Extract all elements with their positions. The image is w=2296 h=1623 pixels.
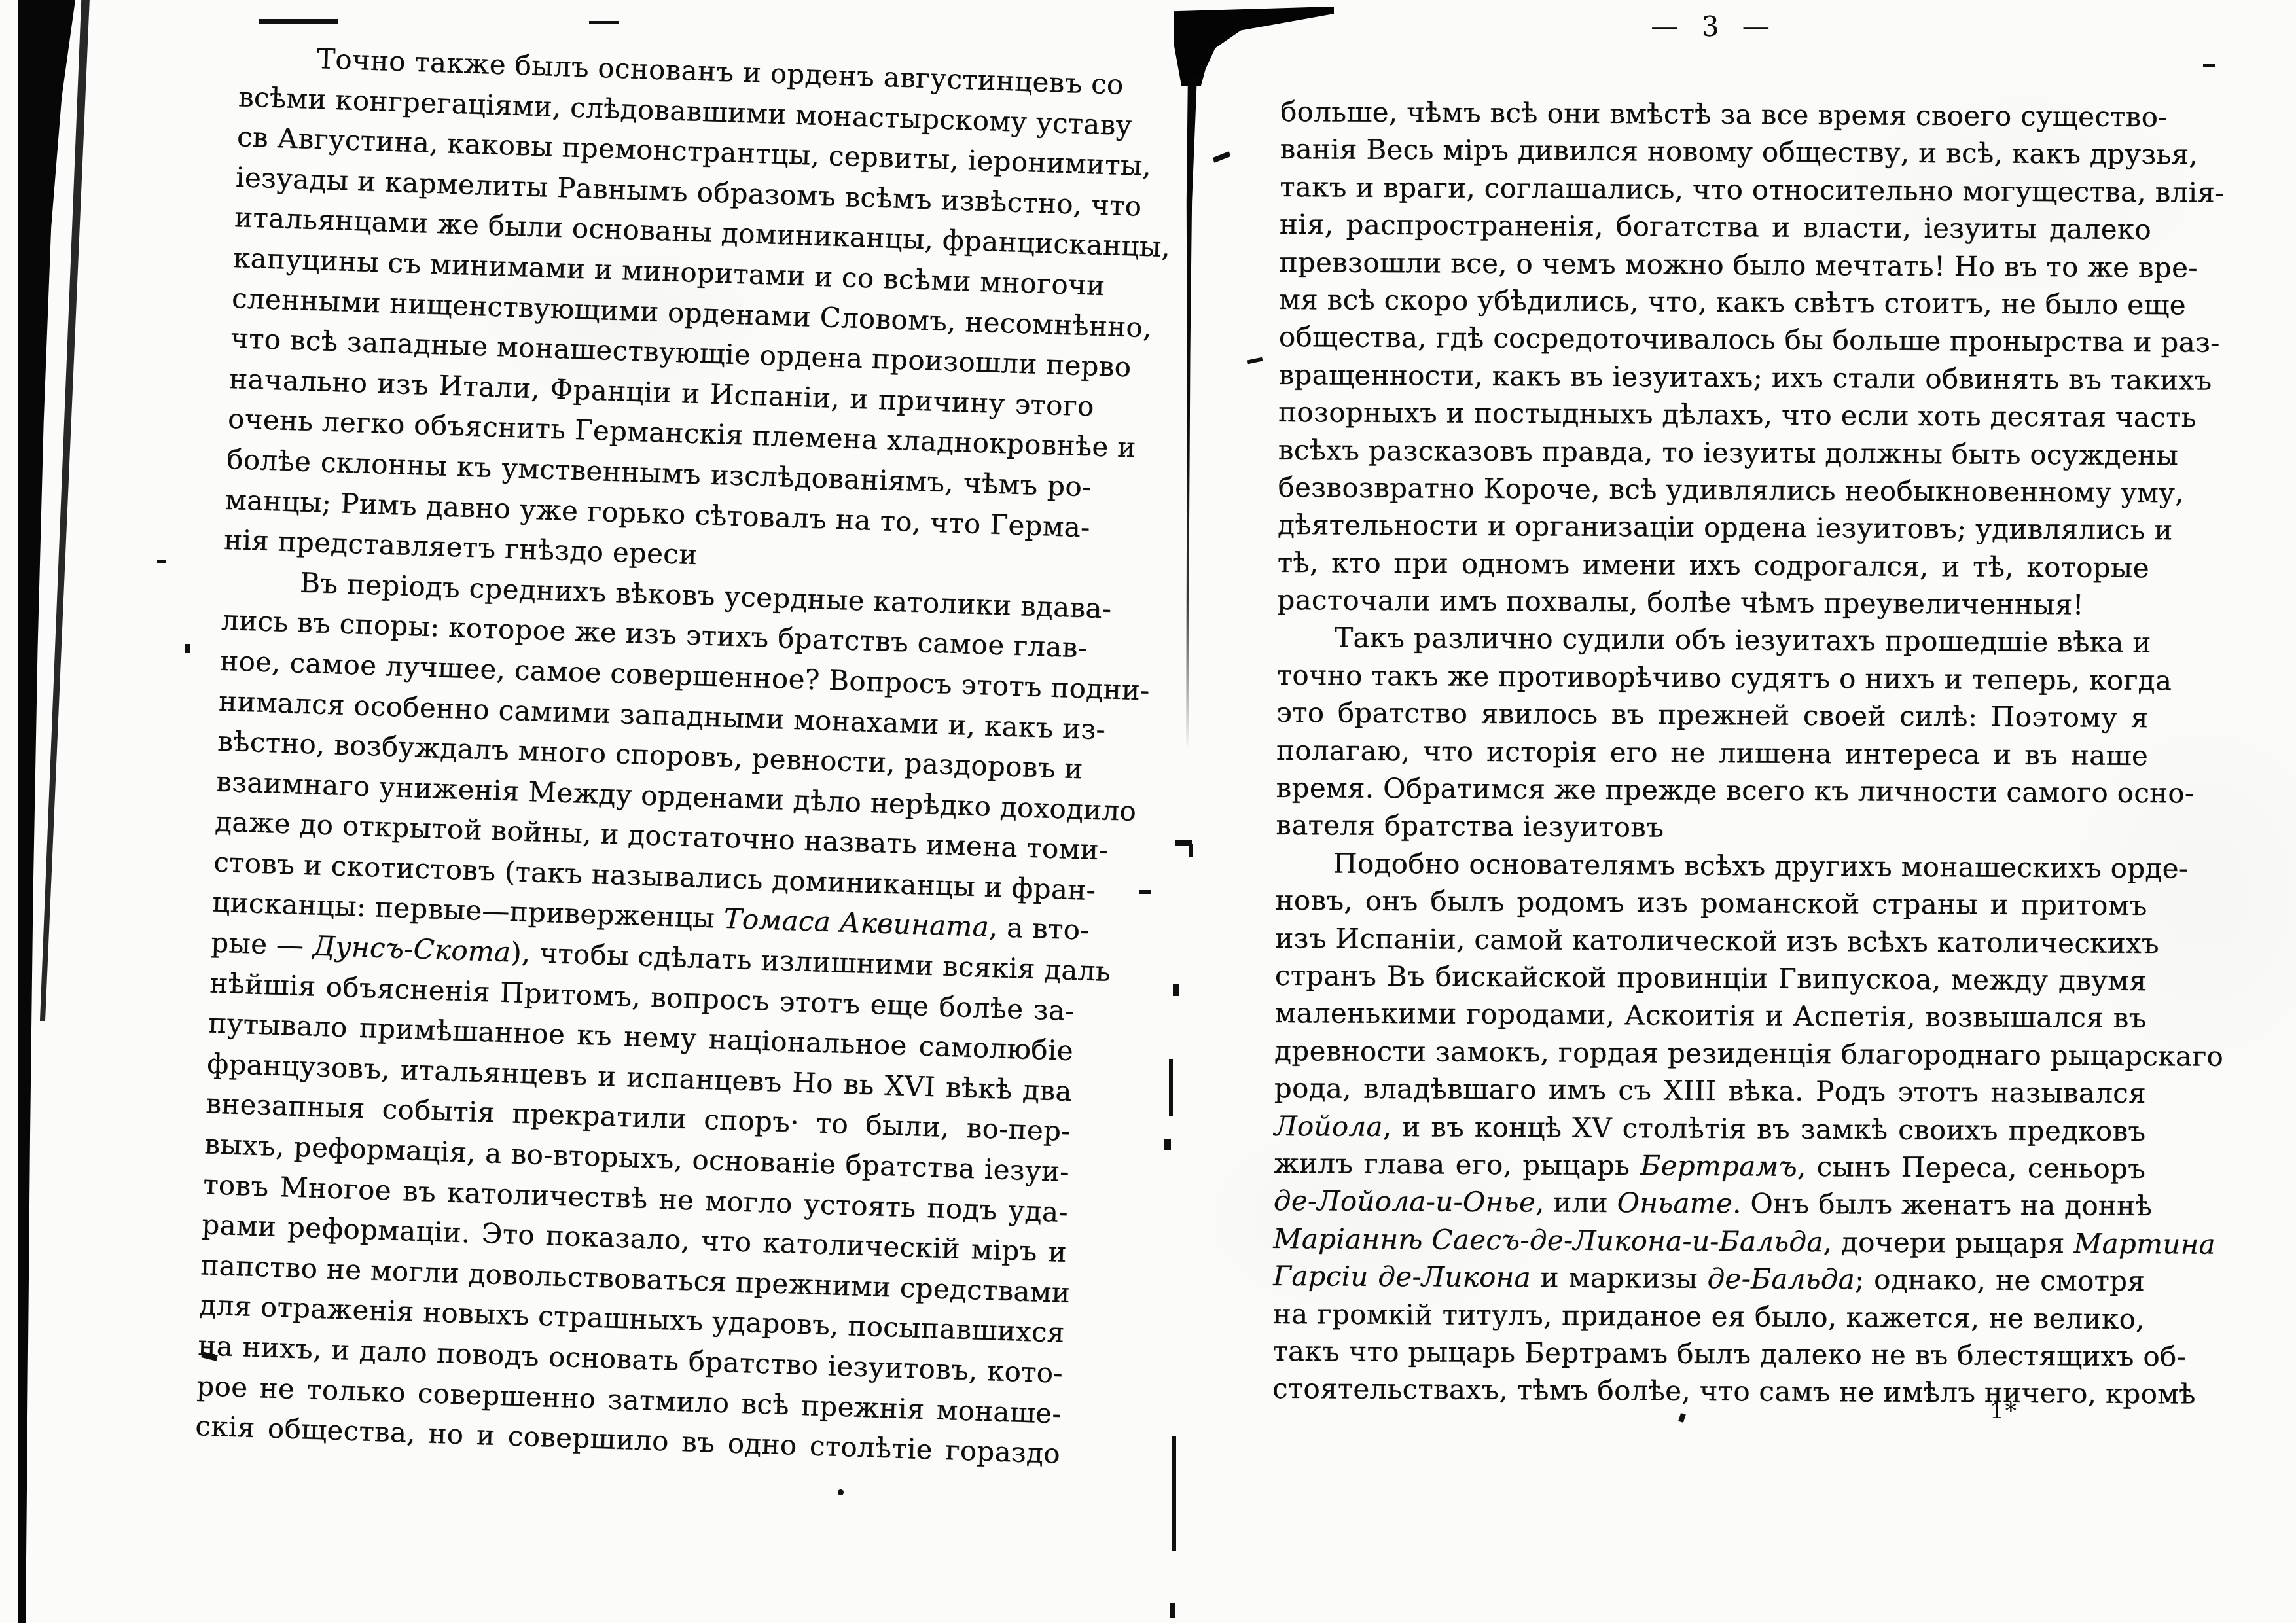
ink-speck <box>838 1489 844 1495</box>
text-line: Такъ различно судили объ іезуитахъ проше… <box>1277 618 2149 662</box>
text-line: превзошли все, о чемъ можно было мечтать… <box>1279 243 2151 287</box>
text-line: время. Обратимся же прежде всего къ личн… <box>1276 769 2147 812</box>
text-line: вателя братства іезуитовъ <box>1276 806 2147 849</box>
text-line: такъ и враги, соглашались, что относител… <box>1280 168 2151 211</box>
text-line: новъ, онъ былъ родомъ изъ романской стра… <box>1275 882 2147 925</box>
page-number: — 3 — <box>1276 10 2148 43</box>
ink-speck <box>1173 984 1179 996</box>
text-line: дѣятельности и организаціи ордена іезуит… <box>1278 506 2149 549</box>
ink-speck <box>589 21 619 24</box>
ink-speck <box>185 644 190 653</box>
text-line: это братство явилось въ прежней своей си… <box>1276 694 2148 737</box>
ink-speck <box>1164 1139 1171 1150</box>
text-line: рода, владѣвшаго имъ съ XIII вѣка. Родъ … <box>1274 1069 2146 1113</box>
text-line: тѣ, кто при одномъ имени ихъ содрогался,… <box>1278 544 2149 587</box>
ink-speck <box>259 19 338 24</box>
text-line: точно такъ же противорѣчиво судятъ о них… <box>1277 656 2149 700</box>
text-line: расточали имъ похвалы, болѣе чѣмъ преуве… <box>1277 581 2149 624</box>
text-line: Маріаннѣ Саесъ-де-Ликона-и-Бальда, дочер… <box>1273 1220 2145 1263</box>
book-scan: — 3 — Точно также былъ основанъ и орденъ… <box>0 0 2296 1623</box>
ink-speck <box>1678 1413 1686 1423</box>
text-line: всѣхъ разсказовъ правда, то іезуиты долж… <box>1278 431 2150 474</box>
text-line: на громкій титулъ, приданое ея было, каж… <box>1273 1294 2145 1338</box>
ink-speck <box>157 560 166 563</box>
ink-speck <box>1189 844 1193 857</box>
text-line: мя всѣ скоро убѣдились, что, какъ свѣтъ … <box>1279 281 2151 324</box>
text-line: жилъ глава его, рыцарь Бертрамъ, сынъ Пе… <box>1274 1145 2145 1188</box>
ink-speck <box>1139 890 1151 894</box>
right-page-text: больше, чѣмъ всѣ они вмѣстѣ за все время… <box>1272 93 2152 1413</box>
text-line: больше, чѣмъ всѣ они вмѣстѣ за все время… <box>1280 93 2152 136</box>
text-line: маленькими городами, Аскоитія и Аспетія,… <box>1274 994 2146 1037</box>
ink-speck <box>1247 357 1263 365</box>
gutter-shadow-line <box>1181 77 1198 771</box>
text-line: изъ Испаніи, самой католической изъ всѣх… <box>1275 919 2147 963</box>
ink-speck <box>2203 64 2215 67</box>
left-page-text: Точно также былъ основанъ и орденъ авгус… <box>195 36 1105 1474</box>
text-line: такъ что рыцарь Бертрамъ былъ далеко не … <box>1272 1332 2144 1376</box>
text-line: вращенности, какъ въ іезуитахъ; ихъ стал… <box>1278 356 2150 399</box>
text-line: странъ Въ бискайской провинціи Гвипускоа… <box>1275 957 2147 1000</box>
text-line: Гарсіи де-Ликона и маркизы де-Бальда; од… <box>1273 1257 2145 1300</box>
text-line: Подобно основателямъ всѣхъ другихъ монаш… <box>1276 844 2147 887</box>
text-line: ванія Весь міръ дивился новому обществу,… <box>1280 130 2151 173</box>
signature-mark: 1* <box>1990 1398 2018 1424</box>
text-line: позорныхъ и постыдныхъ дѣлахъ, что если … <box>1278 393 2150 437</box>
text-line: Лойола, и въ концѣ XV столѣтія въ замкѣ … <box>1274 1107 2145 1150</box>
text-line: общества, гдѣ сосредоточивалось бы больш… <box>1279 318 2151 361</box>
text-line: нія, распространенія, богатства и власти… <box>1280 205 2151 249</box>
text-line: де-Лойола-и-Онье, или Оньате. Онъ былъ ж… <box>1274 1182 2145 1225</box>
text-line: древности замокъ, гордая резиденція благ… <box>1274 1032 2146 1075</box>
ink-speck <box>1172 1436 1176 1551</box>
ink-speck <box>1170 1603 1175 1618</box>
text-line: полагаю, что исторія его не лишена интер… <box>1276 732 2148 775</box>
ink-speck <box>1212 151 1230 163</box>
text-line: безвозвратно Короче, всѣ удивлялись необ… <box>1278 469 2149 512</box>
ink-speck <box>1169 1059 1173 1116</box>
